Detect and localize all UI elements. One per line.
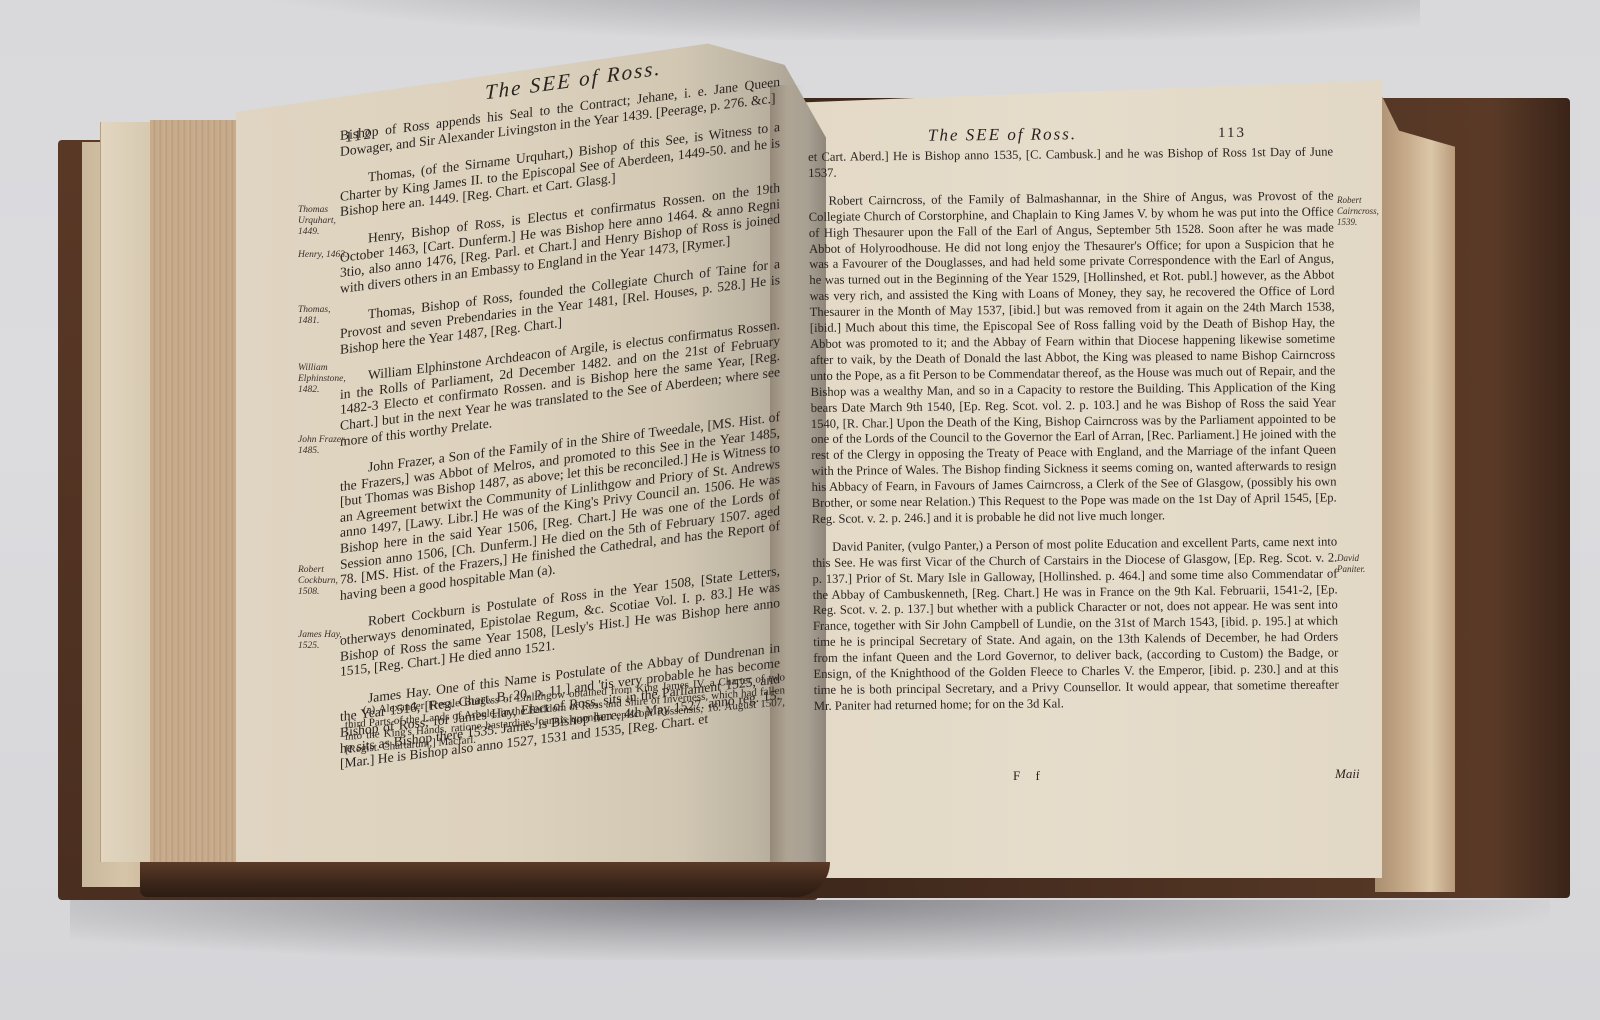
- margin-note: James Hay, 1525.: [298, 630, 348, 652]
- paragraph: David Paniter, (vulgo Panter,) a Person …: [812, 534, 1339, 714]
- margin-note: David Paniter.: [1337, 553, 1377, 575]
- page-stack-front: [100, 122, 151, 862]
- paragraph: Robert Cairncross, of the Family of Balm…: [808, 188, 1336, 528]
- right-page-body: et Cart. Aberd.] He is Bishop anno 1535,…: [808, 145, 1339, 727]
- paragraph: et Cart. Aberd.] He is Bishop anno 1535,…: [808, 145, 1333, 182]
- book-spine-curl: [140, 862, 830, 897]
- margin-note: Henry, 1463.: [298, 250, 348, 261]
- page-stack-left: [150, 120, 240, 890]
- margin-note: Thomas, 1481.: [298, 305, 348, 327]
- margin-note: Robert Cockburn, 1508.: [298, 565, 348, 598]
- running-head-right: The SEE of Ross.: [928, 124, 1077, 145]
- margin-note: John Frazer, 1485.: [298, 435, 348, 457]
- margin-note: Thomas Urquhart, 1449.: [298, 205, 348, 238]
- margin-note: William Elphinstone, 1482.: [298, 363, 348, 396]
- signature-mark: F f: [1013, 768, 1046, 784]
- page-number-right: 113: [1218, 125, 1246, 142]
- camera-shadow: [240, 0, 1420, 40]
- catchword: Maii: [1335, 766, 1360, 782]
- page-stack-right: [1375, 82, 1455, 892]
- margin-note: Robert Cairncross, 1539.: [1337, 195, 1385, 228]
- book-shadow: [70, 900, 1550, 960]
